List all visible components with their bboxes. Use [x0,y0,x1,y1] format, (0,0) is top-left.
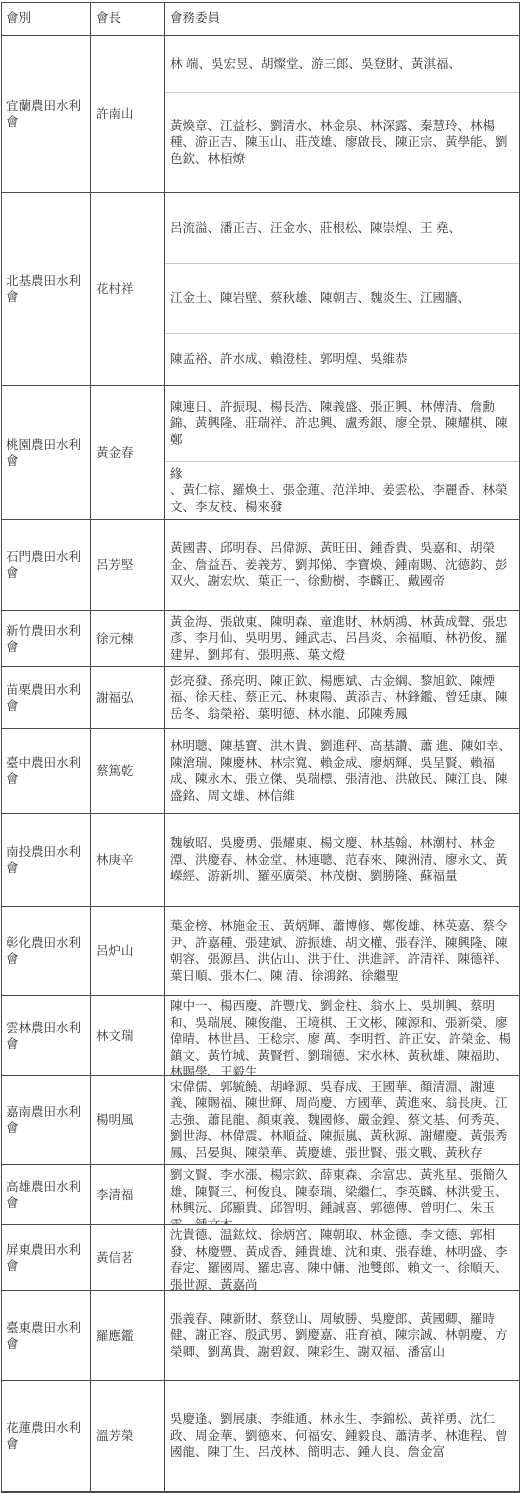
table-row-miaoli: 苗栗農田水利會 謝福弘 彭亮發、孫亮明、陳正欽、楊應斌、古金綱、黎旭欽、陳煙福、… [2,667,519,729]
president-name: 徐元棟 [91,611,165,666]
president-name: 羅應鑑 [91,1291,165,1380]
president-name: 呂芳堅 [91,520,165,610]
members-block: 張義春、陳新財、蔡登山、周敏勝、吳慶郎、黃國卿、羅時健、謝正容、殷武男、劉慶嘉、… [165,1291,519,1380]
members-cell: 黃國書、邱明春、呂偉源、黃旺田、鍾香貴、吳嘉和、胡榮金、詹益吾、姜義芳、劉邦悌、… [165,520,519,610]
members-block: 黃國書、邱明春、呂偉源、黃旺田、鍾香貴、吳嘉和、胡榮金、詹益吾、姜義芳、劉邦悌、… [165,520,519,610]
association-name: 臺中農田水利會 [2,729,91,813]
president-name: 花村祥 [91,193,165,385]
members-block: 林明聰、陳基寶、洪木貴、劉進秤、高基讚、蕭 進、陳如幸、陳滄瑞、陳慶林、林宗寬、… [165,729,519,813]
table-row-chianan: 嘉南農田水利會 楊明風 宋偉儒、郭毓饒、胡峰源、吳春成、王國華、顏清淵、謝連義、… [2,1076,519,1165]
members-block: 劉文賢、李水漲、楊宗欽、薛東森、余富忠、黃兆星、張簡久雄、陳賢三、柯俊良、陳泰瑞… [165,1165,519,1224]
president-name: 溫芳榮 [91,1381,165,1491]
association-name: 彰化農田水利會 [2,907,91,995]
president-name: 蔡篤乾 [91,729,165,813]
members-block: 黃煥章、江益杉、劉清水、林金泉、林深露、秦慧玲、林楊種、游正吉、陳玉山、莊茂雄、… [165,92,519,192]
president-name: 黃信茗 [91,1225,165,1290]
members-block: 緣 、黃仁棕、羅煥土、張金蓮、范洋坤、姜雲松、李麗香、林榮文、李友枝、楊來發 [165,461,519,519]
members-block: 吳慶逢、劉展康、李維通、林永生、李錦松、黃祥勇、沈仁政、周金華、劉德來、何福安、… [165,1381,519,1491]
table-row-taichung: 臺中農田水利會 蔡篤乾 林明聰、陳基寶、洪木貴、劉進秤、高基讚、蕭 進、陳如幸、… [2,729,519,814]
members-cell: 葉金榜、林施金玉、黃炳輝、蕭博修、鄭俊雄、林英嘉、蔡令尹、許嘉種、張建斌、游振雄… [165,907,519,995]
association-name: 高雄農田水利會 [2,1165,91,1224]
irrigation-associations-page: 會別 會長 會務委員 宜蘭農田水利會 許南山 林 端、吳宏昱、胡燦堂、游三郎、吳… [0,0,522,1485]
table-row-shimen: 石門農田水利會 呂芳堅 黃國書、邱明春、呂偉源、黃旺田、鍾香貴、吳嘉和、胡榮金、… [2,520,519,611]
members-block: 葉金榜、林施金玉、黃炳輝、蕭博修、鄭俊雄、林英嘉、蔡令尹、許嘉種、張建斌、游振雄… [165,907,519,995]
members-cell: 宋偉儒、郭毓饒、胡峰源、吳春成、王國華、顏清淵、謝連義、陳賜福、陳世輝、周尚慶、… [165,1076,519,1164]
members-cell: 黃金海、張啟東、陳明森、童進財、林炳鴻、林黃成聲、張忠彥、李月仙、吳明男、鍾武志… [165,611,519,666]
members-block: 彭亮發、孫亮明、陳正欽、楊應斌、古金綱、黎旭欽、陳煙福、徐天桂、蔡正元、林東陽、… [165,667,519,728]
table-row-hualien: 花蓮農田水利會 溫芳榮 吳慶逢、劉展康、李維通、林永生、李錦松、黃祥勇、沈仁政、… [2,1381,519,1491]
association-name: 苗栗農田水利會 [2,667,91,728]
members-block: 呂流溢、潘正吉、汪金水、莊根松、陳崇煌、王 堯、 [165,193,519,263]
members-block: 林 端、吳宏昱、胡燦堂、游三郎、吳登財、黃淇福、 [165,36,519,92]
members-block: 陳連日、許振現、楊長浩、陳義盛、張正興、林傳清、詹勳錦、黃興隆、莊瑞祥、許忠興、… [165,386,519,461]
association-name: 南投農田水利會 [2,814,91,906]
members-cell: 魏敏昭、吳慶勇、張耀東、楊文慶、林基翰、林潮村、林金潭、洪慶春、林金堂、林連聰、… [165,814,519,906]
members-cell: 陳中一、楊西慶、許豐戊、劉金柱、翁水上、吳圳興、蔡明和、吳瑞展、陳俊龍、王境棋、… [165,996,519,1075]
members-block: 陳孟裕、許水成、賴澄桂、郭明煌、吳維恭 [165,333,519,385]
members-cell: 吳慶逢、劉展康、李維通、林永生、李錦松、黃祥勇、沈仁政、周金華、劉德來、何福安、… [165,1381,519,1491]
header-cell-members: 會務委員 [165,3,519,35]
association-name: 臺東農田水利會 [2,1291,91,1380]
members-block: 魏敏昭、吳慶勇、張耀東、楊文慶、林基翰、林潮村、林金潭、洪慶春、林金堂、林連聰、… [165,814,519,906]
members-cell: 劉文賢、李水漲、楊宗欽、薛東森、余富忠、黃兆星、張簡久雄、陳賢三、柯俊良、陳泰瑞… [165,1165,519,1224]
members-block: 江金土、陳岩壁、蔡秋雄、陳朝吉、魏炎生、江國牆、 [165,263,519,333]
president-name: 林文瑞 [91,996,165,1075]
president-name: 李清福 [91,1165,165,1224]
members-block: 黃金海、張啟東、陳明森、童進財、林炳鴻、林黃成聲、張忠彥、李月仙、吳明男、鍾武志… [165,611,519,666]
members-cell: 張義春、陳新財、蔡登山、周敏勝、吳慶郎、黃國卿、羅時健、謝正容、殷武男、劉慶嘉、… [165,1291,519,1380]
president-name: 呂炉山 [91,907,165,995]
header-cell-association: 會別 [2,3,91,35]
table-row-pingtung: 屏東農田水利會 黃信茗 沈貴德、温鈜炆、徐炳宮、陳朝取、林金德、李文德、郭相發、… [2,1225,519,1291]
table-row-taoyuan: 桃園農田水利會 黃金春 陳連日、許振現、楊長浩、陳義盛、張正興、林傳清、詹勳錦、… [2,386,519,520]
members-block: 陳中一、楊西慶、許豐戊、劉金柱、翁水上、吳圳興、蔡明和、吳瑞展、陳俊龍、王境棋、… [165,996,519,1075]
table-row-beiji: 北基農田水利會 花村祥 呂流溢、潘正吉、汪金水、莊根松、陳崇煌、王 堯、 江金土… [2,193,519,386]
table-row-changhua: 彰化農田水利會 呂炉山 葉金榜、林施金玉、黃炳輝、蕭博修、鄭俊雄、林英嘉、蔡令尹… [2,907,519,996]
president-name: 許南山 [91,36,165,192]
table-row-nantou: 南投農田水利會 林庚辛 魏敏昭、吳慶勇、張耀東、楊文慶、林基翰、林潮村、林金潭、… [2,814,519,907]
association-name: 北基農田水利會 [2,193,91,385]
president-name: 黃金春 [91,386,165,519]
association-name: 雲林農田水利會 [2,996,91,1075]
members-cell: 呂流溢、潘正吉、汪金水、莊根松、陳崇煌、王 堯、 江金土、陳岩壁、蔡秋雄、陳朝吉… [165,193,519,385]
association-name: 新竹農田水利會 [2,611,91,666]
president-name: 楊明風 [91,1076,165,1164]
members-cell: 陳連日、許振現、楊長浩、陳義盛、張正興、林傳清、詹勳錦、黃興隆、莊瑞祥、許忠興、… [165,386,519,519]
association-name: 宜蘭農田水利會 [2,36,91,192]
irrigation-associations-table: 會別 會長 會務委員 宜蘭農田水利會 許南山 林 端、吳宏昱、胡燦堂、游三郎、吳… [1,2,520,1493]
members-cell: 沈貴德、温鈜炆、徐炳宮、陳朝取、林金德、李文德、郭相發、林慶豐、黃成香、鍾貴雄、… [165,1225,519,1290]
association-name: 石門農田水利會 [2,520,91,610]
members-cell: 林 端、吳宏昱、胡燦堂、游三郎、吳登財、黃淇福、 黃煥章、江益杉、劉清水、林金泉… [165,36,519,192]
president-name: 謝福弘 [91,667,165,728]
association-name: 屏東農田水利會 [2,1225,91,1290]
table-row-yunlin: 雲林農田水利會 林文瑞 陳中一、楊西慶、許豐戊、劉金柱、翁水上、吳圳興、蔡明和、… [2,996,519,1076]
members-block: 宋偉儒、郭毓饒、胡峰源、吳春成、王國華、顏清淵、謝連義、陳賜福、陳世輝、周尚慶、… [165,1076,519,1164]
members-cell: 彭亮發、孫亮明、陳正欽、楊應斌、古金綱、黎旭欽、陳煙福、徐天桂、蔡正元、林東陽、… [165,667,519,728]
table-row-kaohsiung: 高雄農田水利會 李清福 劉文賢、李水漲、楊宗欽、薛東森、余富忠、黃兆星、張簡久雄… [2,1165,519,1225]
members-block: 沈貴德、温鈜炆、徐炳宮、陳朝取、林金德、李文德、郭相發、林慶豐、黃成香、鍾貴雄、… [165,1225,519,1290]
association-name: 花蓮農田水利會 [2,1381,91,1491]
header-cell-president: 會長 [91,3,165,35]
association-name: 嘉南農田水利會 [2,1076,91,1164]
members-cell: 林明聰、陳基寶、洪木貴、劉進秤、高基讚、蕭 進、陳如幸、陳滄瑞、陳慶林、林宗寬、… [165,729,519,813]
association-name: 桃園農田水利會 [2,386,91,519]
table-header-row: 會別 會長 會務委員 [2,3,519,36]
table-row-taitung: 臺東農田水利會 羅應鑑 張義春、陳新財、蔡登山、周敏勝、吳慶郎、黃國卿、羅時健、… [2,1291,519,1381]
table-row-yilan: 宜蘭農田水利會 許南山 林 端、吳宏昱、胡燦堂、游三郎、吳登財、黃淇福、 黃煥章… [2,36,519,193]
table-row-hsinchu: 新竹農田水利會 徐元棟 黃金海、張啟東、陳明森、童進財、林炳鴻、林黃成聲、張忠彥… [2,611,519,667]
president-name: 林庚辛 [91,814,165,906]
